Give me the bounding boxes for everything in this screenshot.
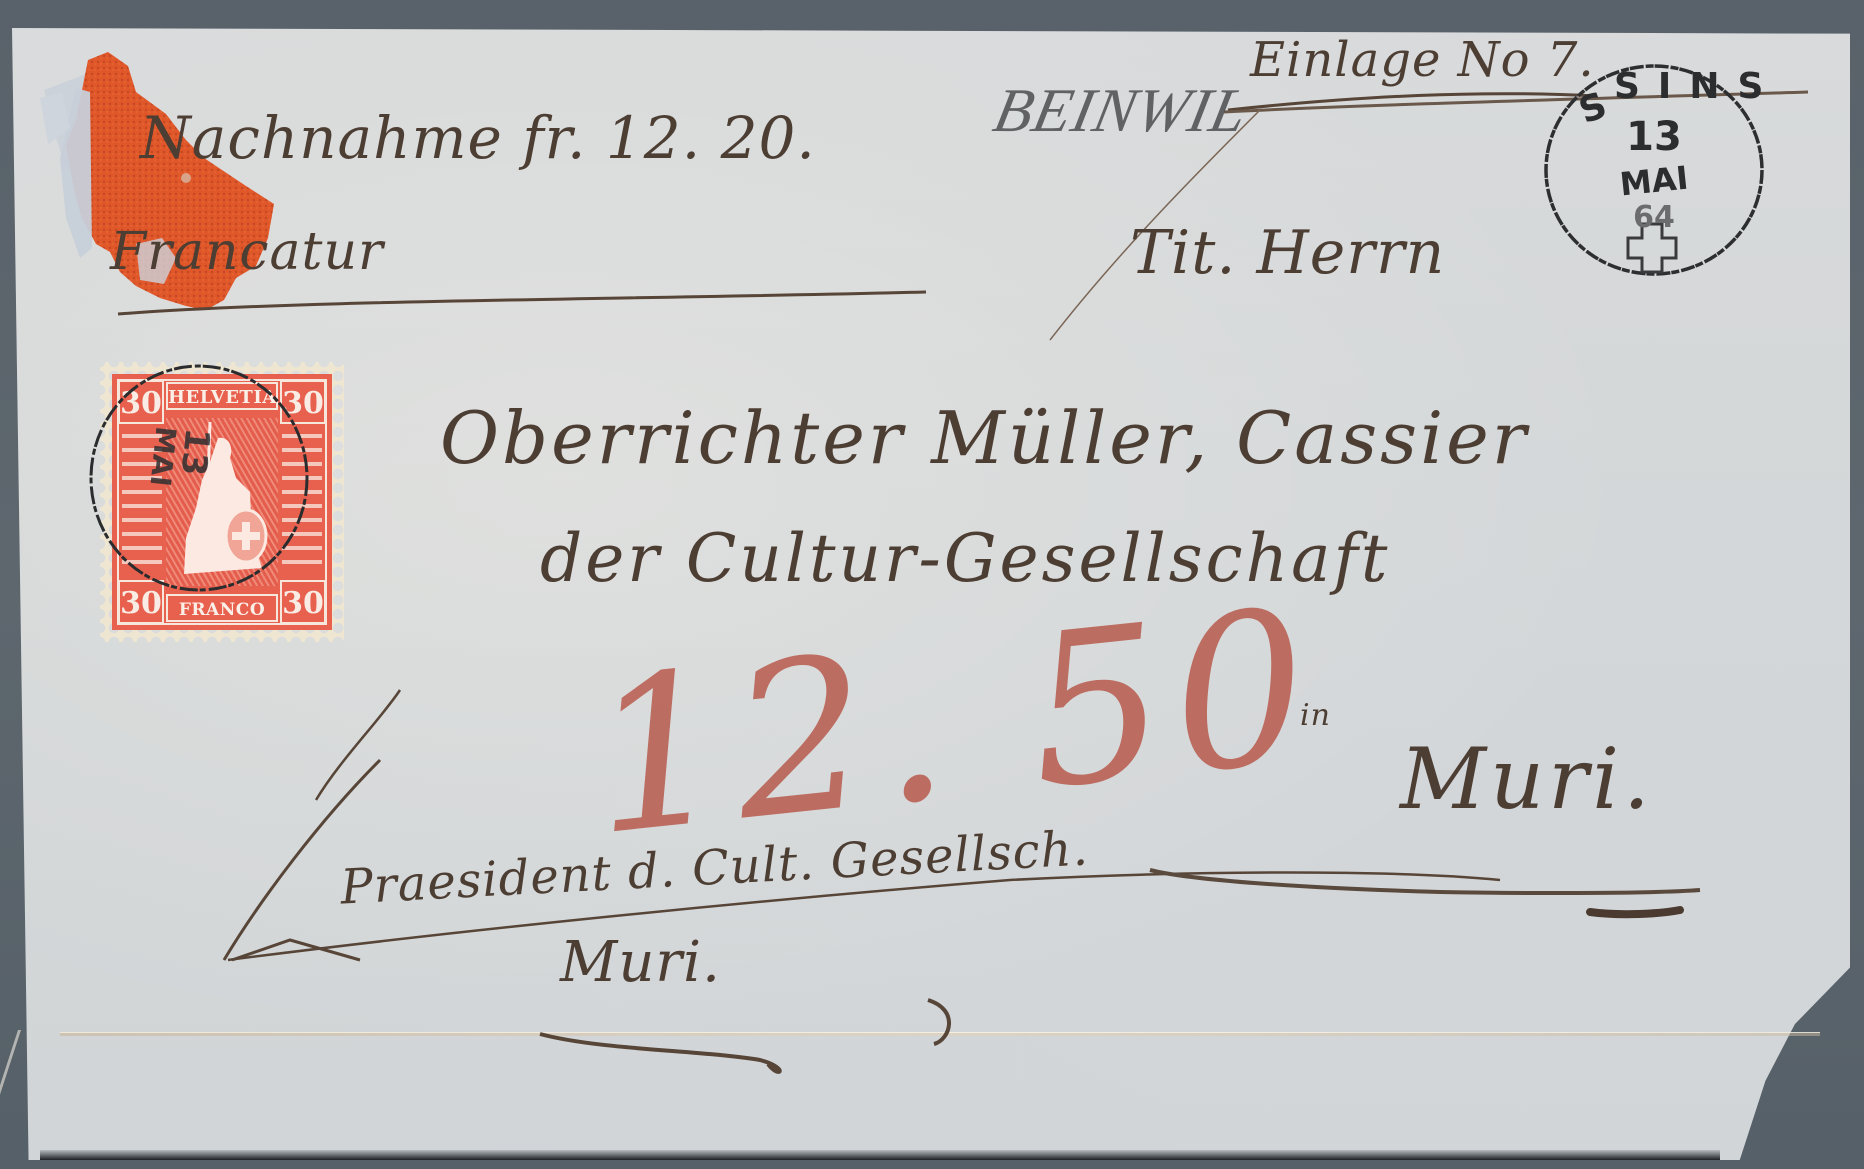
- address-line1: Oberrichter Müller, Cassier: [440, 396, 1529, 480]
- cod-note-line2: Francatur: [110, 222, 384, 282]
- envelope-shadow: [40, 1150, 1720, 1160]
- address-salutation: Tit. Herrn: [1130, 218, 1445, 288]
- stamp-franco-label: FRANCO: [166, 594, 278, 622]
- sins-circular-postmark: S SINS 13 MAI 64: [1542, 60, 1766, 280]
- envelope-fold-line: [60, 1032, 1820, 1036]
- envelope: Nachnahme fr. 12. 20. Francatur BEINWIL …: [0, 0, 1864, 1169]
- beinwil-straight-line-cancel: BEINWIL: [987, 76, 1254, 147]
- postmark-year: 64: [1614, 200, 1694, 235]
- postmark-town: SINS: [1614, 66, 1714, 107]
- postmark-day: 13: [1614, 114, 1694, 160]
- address-city: Muri.: [1400, 730, 1654, 828]
- sender-note-line2: Muri.: [560, 930, 721, 995]
- cod-note-line1: Nachnahme fr. 12. 20.: [140, 104, 816, 172]
- envelope-side-fold: [0, 1030, 21, 1160]
- address-line3: in: [1300, 698, 1331, 733]
